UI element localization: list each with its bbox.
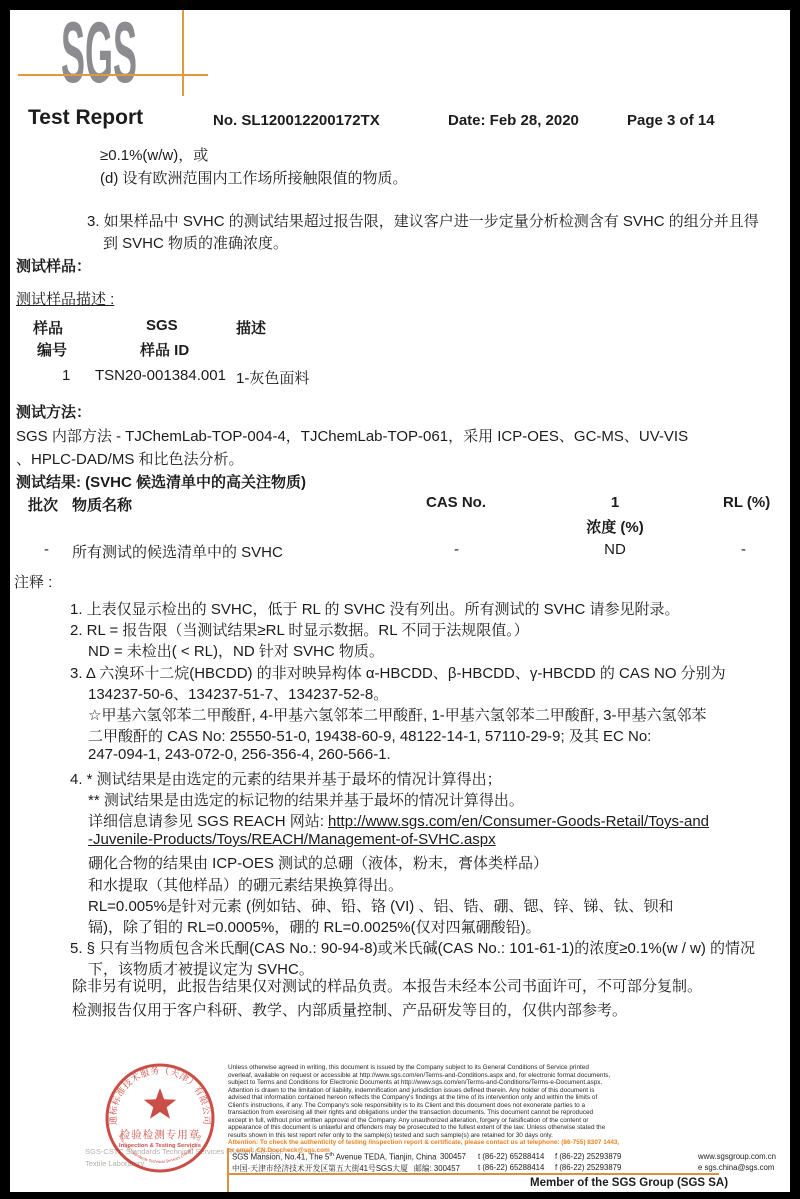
note-4-line1: 4. * 测试结果是由选定的元素的结果并基于最坏的情况计算得出； — [70, 768, 502, 789]
logo-underline-rule — [18, 74, 208, 76]
report-page: SGS Test Report No. SL120012200172TX Dat… — [10, 10, 790, 1192]
address-email: e sgs.china@sgs.com — [698, 1163, 774, 1172]
results-row-rl: - — [741, 541, 746, 558]
section-test-method: 测试方法： — [16, 401, 91, 422]
report-number: No. SL120012200172TX — [213, 112, 380, 129]
section-test-results: 测试结果: (SVHC 候选清单中的高关注物质) — [16, 471, 306, 492]
method-line2: 、HPLC-DAD/MS 和比色法分析。 — [16, 448, 244, 469]
footer-rule — [227, 1173, 719, 1175]
disclaimer-line: results shown in this test report refer … — [228, 1132, 790, 1140]
report-date: Date: Feb 28, 2020 — [448, 112, 579, 129]
results-row-batch: - — [44, 541, 49, 558]
sample-description-label: 测试样品描述 : — [16, 288, 114, 309]
note-4-line5: 硼化合物的结果由 ICP-OES 测试的总硼（液体，粉末，膏体类样品） — [88, 852, 548, 873]
sgs-logo-text: SGS — [61, 18, 137, 88]
address-en-post: Avenue TEDA, Tianjin, China — [334, 1153, 436, 1162]
results-col-substance: 物质名称 — [72, 494, 132, 515]
page-indicator: Page 3 of 14 — [627, 112, 715, 129]
note-3-line2: 134237-50-6、134237-51-7、134237-52-8。 — [88, 683, 388, 704]
results-col-batch: 批次 — [28, 494, 58, 515]
notes-label: 注释 : — [14, 571, 52, 592]
note-5-line1: 5. § 只有当物质包含米氏酮(CAS No.: 90-94-8)或米氏碱(CA… — [70, 937, 755, 958]
address-tel: t (86-22) 65288414 — [478, 1152, 544, 1161]
address-postcode: 300457 — [440, 1152, 466, 1161]
address-fax2: f (86-22) 25293879 — [555, 1163, 621, 1172]
sample-col-no-l2: 编号 — [37, 339, 67, 360]
results-col-rl: RL (%) — [723, 494, 770, 511]
stamp-circle — [107, 1065, 213, 1171]
results-row-substance: 所有测试的候选清单中的 SVHC — [72, 541, 283, 562]
disclaimer-attention-line1: Attention: To check the authenticity of … — [228, 1139, 790, 1147]
sample-col-sgs-l2: 样品 ID — [140, 339, 189, 360]
sample-row-no: 1 — [62, 367, 70, 384]
sample-row-desc: 1-灰色面料 — [236, 367, 309, 388]
disclaimer-line: Client's instructions, if any. The Compa… — [228, 1102, 790, 1110]
intro-line-d: (d) 设有欧洲范围内工作场所接触限值的物质。 — [100, 167, 408, 188]
intro-line-threshold: ≥0.1%(w/w)，或 — [100, 144, 208, 165]
reach-site-intro: 详细信息请参见 SGS REACH 网站: — [88, 813, 328, 830]
note-4-line6: 和水提取（其他样品）的硼元素结果换算得出。 — [88, 874, 403, 895]
address-en-pre: SGS Mansion, No.41, The 5 — [232, 1153, 329, 1162]
section-test-sample: 测试样品： — [16, 255, 91, 276]
note-2-nd: ND = 未检出( < RL)，ND 针对 SVHC 物质。 — [88, 640, 384, 661]
sgs-logo: SGS — [60, 18, 140, 88]
disclaimer-line: overleaf, available on request or access… — [228, 1072, 790, 1080]
sample-col-no-l1: 样品 — [33, 317, 63, 338]
address-en: SGS Mansion, No.41, The 5th Avenue TEDA,… — [232, 1152, 436, 1162]
intro-item3-line1: 3. 如果样品中 SVHC 的测试结果超过报告限，建议客户进一步定量分析检测含有… — [87, 210, 759, 231]
note-2: 2. RL = 报告限（当测试结果≥RL 时显示数据。RL 不同于法规限值。） — [70, 619, 529, 640]
address-tel2: t (86-22) 65288414 — [478, 1163, 544, 1172]
note-4-line2: ** 测试结果是由选定的标记物的结果并基于最坏的情况计算得出。 — [88, 789, 524, 810]
address-left-rule — [227, 1148, 229, 1192]
address-website: www.sgsgroup.com.cn — [698, 1152, 776, 1161]
results-col-cas: CAS No. — [426, 494, 486, 511]
note-3-line3: ☆甲基六氢邻苯二甲酸酐, 4-甲基六氢邻苯二甲酸酐, 1-甲基六氢邻苯二甲酸酐,… — [88, 704, 706, 725]
note-3-line4: 二甲酸酐的 CAS No: 25550-51-0, 19438-60-9, 48… — [88, 725, 651, 746]
disclaimer-line: advised that information contained hereo… — [228, 1094, 790, 1102]
sample-row-id: TSN20-001384.001 — [95, 367, 226, 384]
closing-line2: 检测报告仅用于客户科研、教学、内部质量控制、产品研发等目的，仅供内部参考。 — [72, 999, 627, 1020]
disclaimer-line: transaction from exercising all their ri… — [228, 1109, 790, 1117]
results-row-cas: - — [454, 541, 459, 558]
method-line1: SGS 内部方法 - TJChemLab-TOP-004-4，TJChemLab… — [16, 425, 688, 446]
reach-url-part2: -Juvenile-Products/Toys/REACH/Management… — [88, 831, 496, 848]
logo-vertical-rule — [182, 10, 184, 96]
stamp-star-icon — [144, 1088, 176, 1119]
disclaimer-line: Attention is drawn to the limitation of … — [228, 1087, 790, 1095]
disclaimer-block: Unless otherwise agreed in writing, this… — [228, 1064, 790, 1154]
note-3-line5: 247-094-1, 243-072-0, 256-356-4, 260-566… — [88, 746, 391, 763]
results-col-sample-no: 1 — [565, 494, 665, 511]
disclaimer-line: except in full, without prior written ap… — [228, 1117, 790, 1125]
intro-item3-line2: 到 SVHC 物质的准确浓度。 — [103, 232, 288, 253]
sample-col-sgs-l1: SGS — [146, 317, 178, 334]
reach-url-part1: http://www.sgs.com/en/Consumer-Goods-Ret… — [328, 813, 709, 830]
note-1: 1. 上表仅显示检出的 SVHC，低于 RL 的 SVHC 没有列出。所有测试的… — [70, 598, 680, 619]
results-row-concentration: ND — [565, 541, 665, 558]
inspection-stamp: 通标标准技术服务（天津）有限公司 检验检测专用章 Inspection & Te… — [98, 1056, 222, 1180]
sgs-group-membership: Member of the SGS Group (SGS SA) — [530, 1177, 728, 1189]
disclaimer-line: appearance of this document is unlawful … — [228, 1124, 790, 1132]
disclaimer-line: subject to Terms and Conditions for Elec… — [228, 1079, 790, 1087]
page-title: Test Report — [28, 106, 143, 130]
address-fax: f (86-22) 25293879 — [555, 1152, 621, 1161]
note-4-line8: 镉)，除了钼的 RL=0.0005%，硼的 RL=0.0025%(仅对四氟硼酸铅… — [88, 916, 541, 937]
stamp-center-line1: 检验检测专用章 — [120, 1128, 201, 1141]
note-4-line7: RL=0.005%是针对元素 (例如钴、砷、铅、铬 (VI) 、铝、锆、硼、锶、… — [88, 895, 673, 916]
disclaimer-line: Unless otherwise agreed in writing, this… — [228, 1064, 790, 1072]
results-col-concentration: 浓度 (%) — [565, 516, 665, 537]
closing-line1: 除非另有说明，此报告结果仅对测试的样品负责。本报告未经本公司书面许可，不可部分复… — [72, 975, 702, 996]
sample-col-desc: 描述 — [236, 317, 266, 338]
note-3-line1: 3. Δ 六溴环十二烷(HBCDD) 的非对映异构体 α-HBCDD、β-HBC… — [70, 662, 726, 683]
note-4-line3: 详细信息请参见 SGS REACH 网站: http://www.sgs.com… — [88, 810, 709, 831]
